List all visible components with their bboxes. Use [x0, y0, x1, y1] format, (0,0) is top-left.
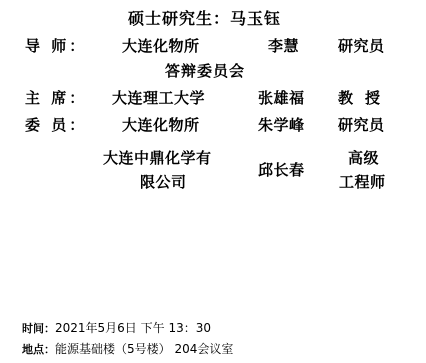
chair-institution: 大连理工大学: [112, 90, 205, 107]
member-2-institution-line1: 大连中鼎化学有: [103, 150, 212, 167]
committee-heading: 答辩委员会: [165, 63, 245, 80]
time-value: 2021年5月6日 下午 13：30: [55, 321, 211, 335]
advisor-institution: 大连化物所: [122, 38, 200, 55]
member-1-position: 研究员: [338, 117, 385, 134]
time-label: 时间：: [22, 322, 55, 335]
member-2-institution-line2: 限公司: [140, 174, 187, 191]
student-title: 硕士研究生：马玉钰: [128, 10, 281, 27]
member-2-position-line1: 高级: [348, 150, 379, 167]
location-row: 地点：能源基础楼（5号楼） 204会议室: [22, 342, 233, 357]
member-2-name: 邱长春: [258, 162, 305, 179]
members-label: 委 员：: [25, 117, 87, 134]
location-value: 能源基础楼（5号楼） 204会议室: [55, 342, 233, 356]
chair-label: 主 席：: [25, 90, 87, 107]
time-row: 时间：2021年5月6日 下午 13：30: [22, 321, 211, 336]
advisor-name: 李慧: [268, 38, 299, 55]
chair-position: 教 授: [338, 90, 380, 107]
advisor-label: 导 师：: [25, 38, 87, 55]
member-2-position-line2: 工程师: [339, 174, 386, 191]
member-1-institution: 大连化物所: [122, 117, 200, 134]
advisor-position: 研究员: [338, 38, 385, 55]
chair-name: 张雄福: [258, 90, 305, 107]
location-label: 地点：: [22, 343, 55, 356]
member-1-name: 朱学峰: [258, 117, 305, 134]
